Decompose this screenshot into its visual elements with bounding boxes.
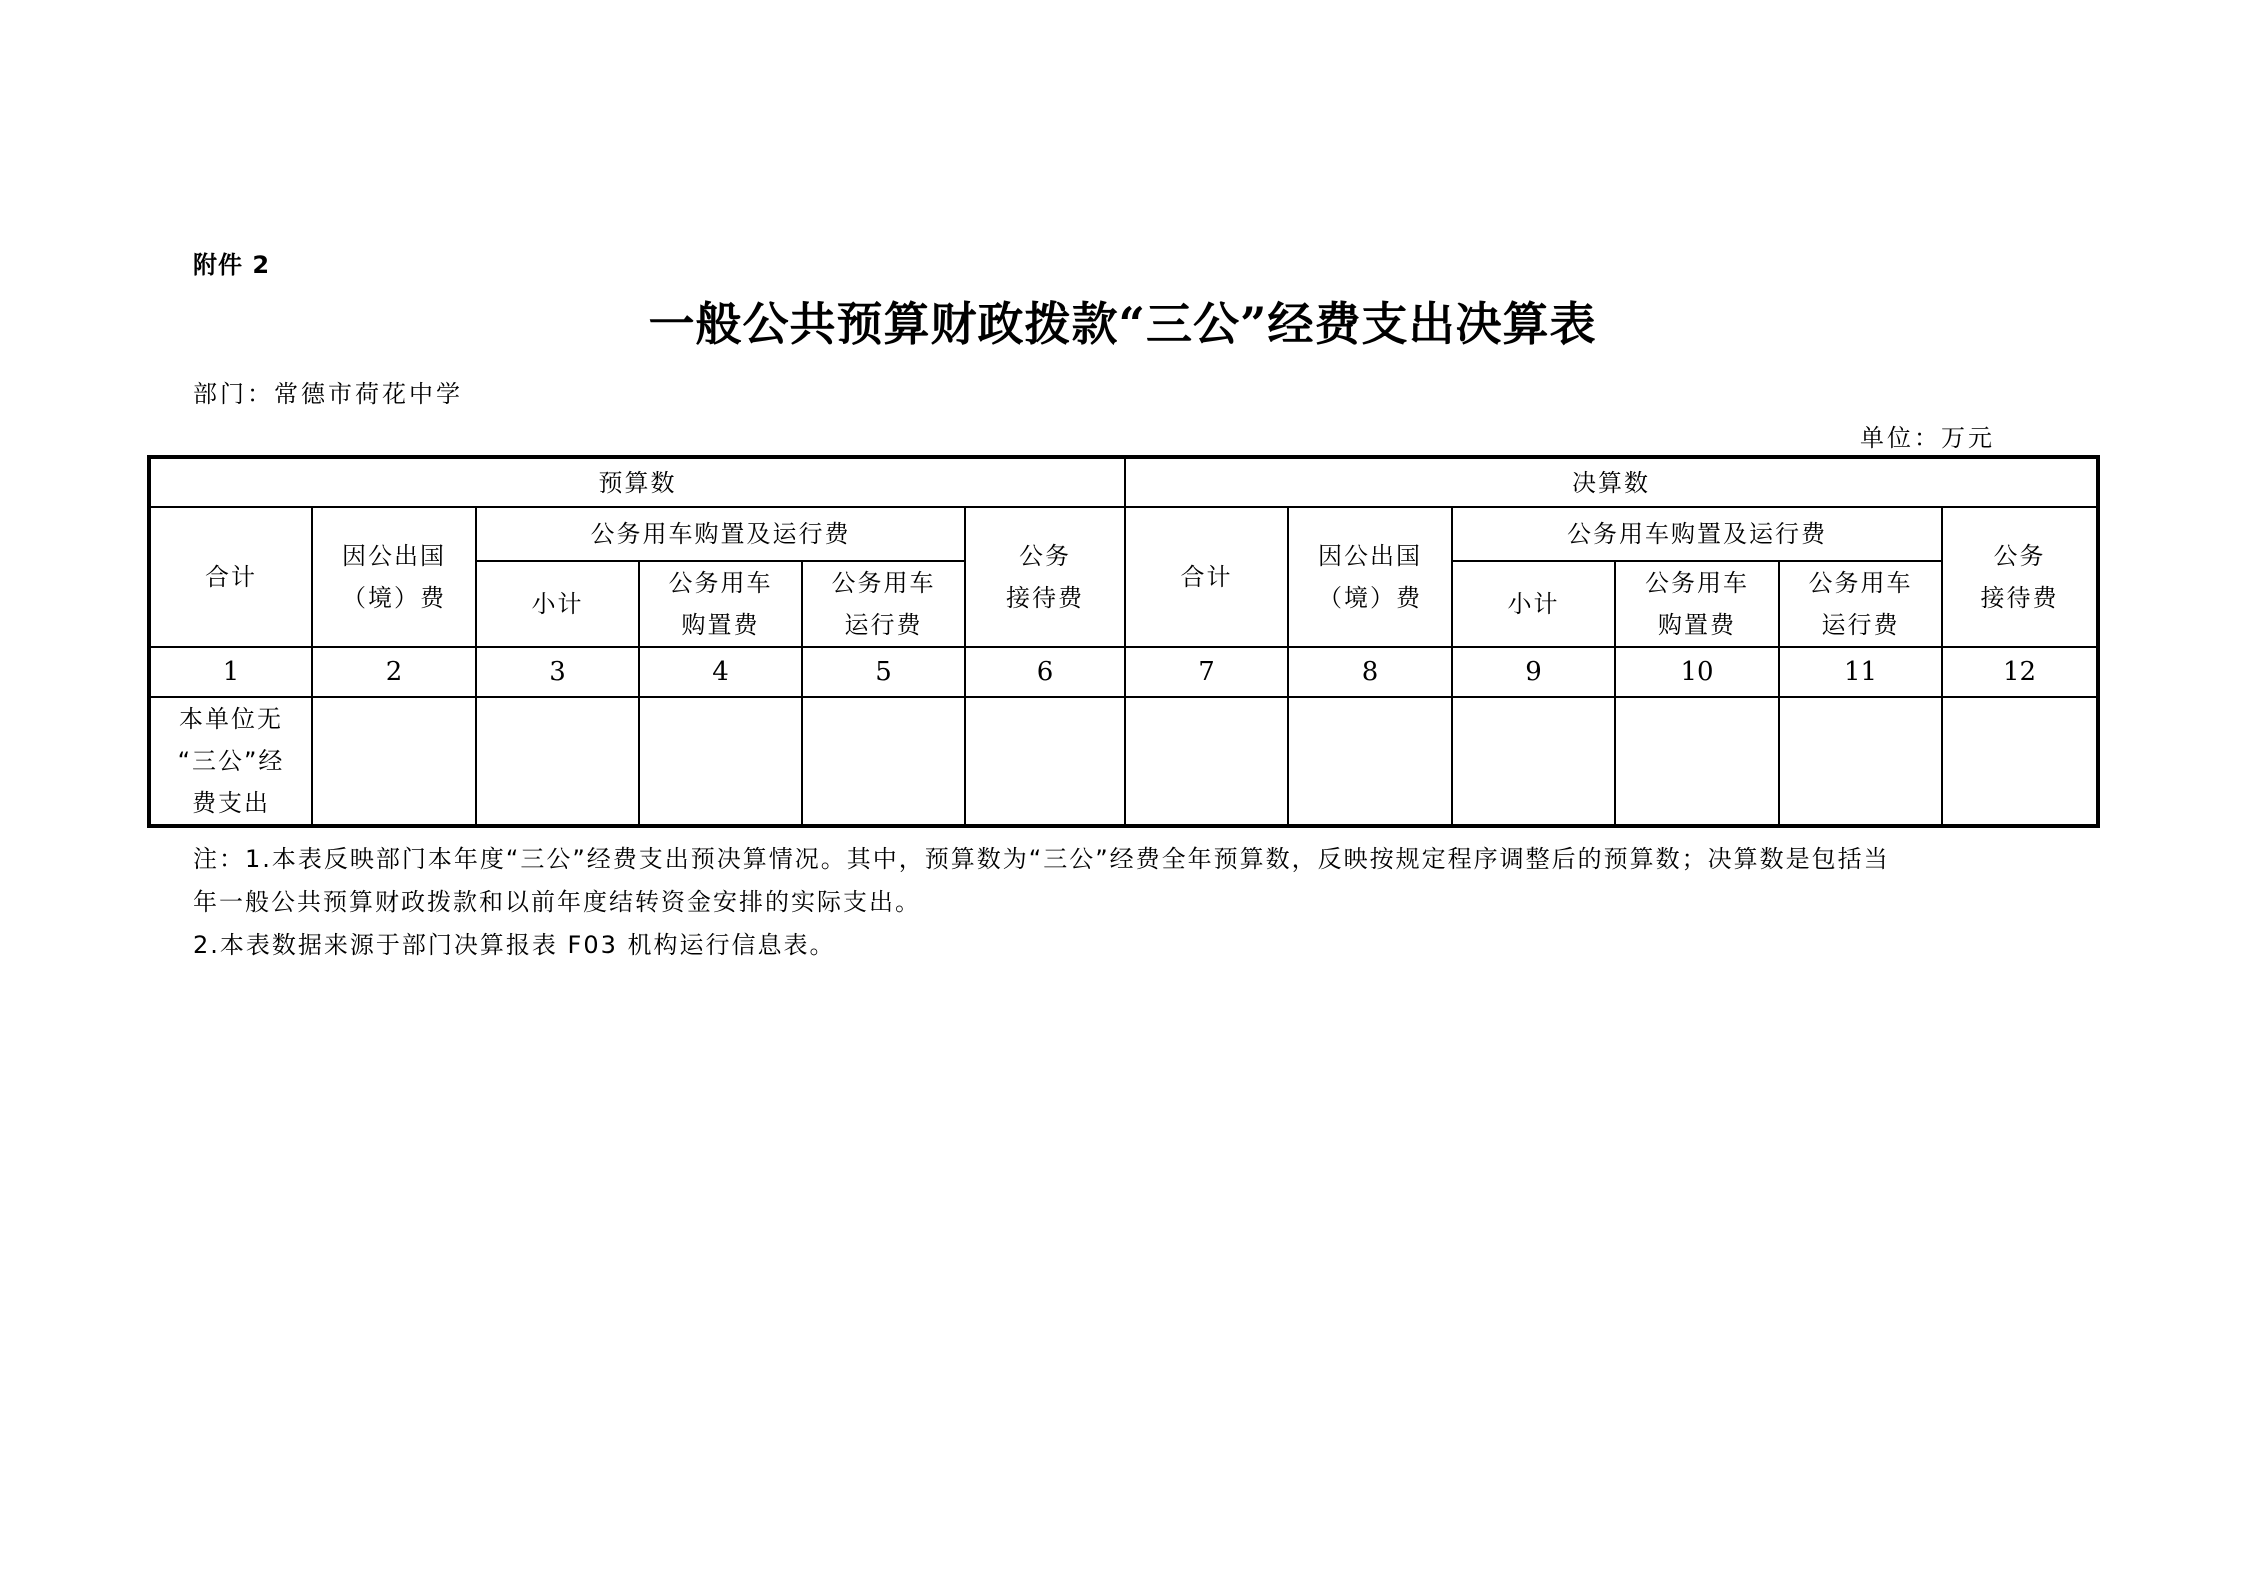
- header-text: （境）费: [1289, 577, 1451, 619]
- column-number: 8: [1288, 647, 1452, 697]
- header-final-total: 合计: [1125, 507, 1288, 647]
- header-text: 因公出国: [1289, 535, 1451, 577]
- column-number: 9: [1452, 647, 1615, 697]
- column-number: 5: [802, 647, 965, 697]
- page-title: 一般公共预算财政拨款“三公”经费支出决算表: [0, 288, 2245, 354]
- header-text: 公务用车: [1780, 562, 1941, 604]
- header-text: 因公出国: [313, 535, 475, 577]
- note-line: 注：1.本表反映部门本年度“三公”经费支出预决算情况。其中，预算数为“三公”经费…: [193, 838, 2073, 881]
- header-budget-subtotal: 小计: [476, 561, 639, 647]
- note-line: 年一般公共预算财政拨款和以前年度结转资金安排的实际支出。: [193, 881, 2073, 924]
- data-cell: [1942, 697, 2098, 826]
- header-budget-reception: 公务 接待费: [965, 507, 1125, 647]
- column-number: 3: [476, 647, 639, 697]
- header-budget-total: 合计: [149, 507, 312, 647]
- data-cell: [965, 697, 1125, 826]
- notes-section: 注：1.本表反映部门本年度“三公”经费支出预决算情况。其中，预算数为“三公”经费…: [193, 838, 2073, 967]
- data-row-label: 本单位无 “三公”经 费支出: [149, 697, 312, 826]
- header-text: 接待费: [966, 577, 1124, 619]
- header-text: 公务用车: [640, 562, 801, 604]
- header-text: 公务用车: [1616, 562, 1778, 604]
- three-public-expenses-table: 预算数 决算数 合计 因公出国 （境）费 公务用车购置及运行费 公务 接待费 合…: [147, 455, 2100, 828]
- row-label-text: “三公”经: [151, 740, 311, 782]
- column-number: 12: [1942, 647, 2098, 697]
- column-number: 10: [1615, 647, 1779, 697]
- column-number: 2: [312, 647, 476, 697]
- header-text: 公务: [966, 535, 1124, 577]
- attachment-label: 附件 2: [193, 245, 270, 280]
- column-number-row: 1 2 3 4 5 6 7 8 9 10 11 12: [149, 647, 2098, 697]
- header-row-1: 合计 因公出国 （境）费 公务用车购置及运行费 公务 接待费 合计 因公出国 （…: [149, 507, 2098, 561]
- data-cell: [1615, 697, 1779, 826]
- header-text: 公务: [1943, 535, 2096, 577]
- header-text: 公务用车: [803, 562, 964, 604]
- header-final-subtotal: 小计: [1452, 561, 1615, 647]
- column-number: 4: [639, 647, 802, 697]
- column-number: 7: [1125, 647, 1288, 697]
- data-cell: [476, 697, 639, 826]
- header-final-vehicle-group: 公务用车购置及运行费: [1452, 507, 1942, 561]
- column-number: 6: [965, 647, 1125, 697]
- header-text: 接待费: [1943, 577, 2096, 619]
- table-row: 本单位无 “三公”经 费支出: [149, 697, 2098, 826]
- data-cell: [1452, 697, 1615, 826]
- header-final-purchase: 公务用车 购置费: [1615, 561, 1779, 647]
- header-text: 运行费: [803, 604, 964, 646]
- header-final-operation: 公务用车 运行费: [1779, 561, 1942, 647]
- group-header-final: 决算数: [1125, 457, 2098, 507]
- data-cell: [312, 697, 476, 826]
- header-budget-vehicle-group: 公务用车购置及运行费: [476, 507, 965, 561]
- row-label-text: 本单位无: [151, 698, 311, 740]
- note-line: 2.本表数据来源于部门决算报表 F03 机构运行信息表。: [193, 924, 2073, 967]
- data-cell: [639, 697, 802, 826]
- data-cell: [1125, 697, 1288, 826]
- department-label: 部门：常德市荷花中学: [193, 374, 463, 409]
- header-budget-abroad: 因公出国 （境）费: [312, 507, 476, 647]
- group-header-row: 预算数 决算数: [149, 457, 2098, 507]
- header-text: （境）费: [313, 577, 475, 619]
- header-final-abroad: 因公出国 （境）费: [1288, 507, 1452, 647]
- group-header-budget: 预算数: [149, 457, 1125, 507]
- header-budget-purchase: 公务用车 购置费: [639, 561, 802, 647]
- header-budget-operation: 公务用车 运行费: [802, 561, 965, 647]
- column-number: 1: [149, 647, 312, 697]
- data-cell: [1779, 697, 1942, 826]
- row-label-text: 费支出: [151, 782, 311, 824]
- data-cell: [802, 697, 965, 826]
- header-text: 购置费: [640, 604, 801, 646]
- header-final-reception: 公务 接待费: [1942, 507, 2098, 647]
- column-number: 11: [1779, 647, 1942, 697]
- data-cell: [1288, 697, 1452, 826]
- header-text: 购置费: [1616, 604, 1778, 646]
- unit-label: 单位：万元: [1860, 418, 1995, 453]
- header-text: 运行费: [1780, 604, 1941, 646]
